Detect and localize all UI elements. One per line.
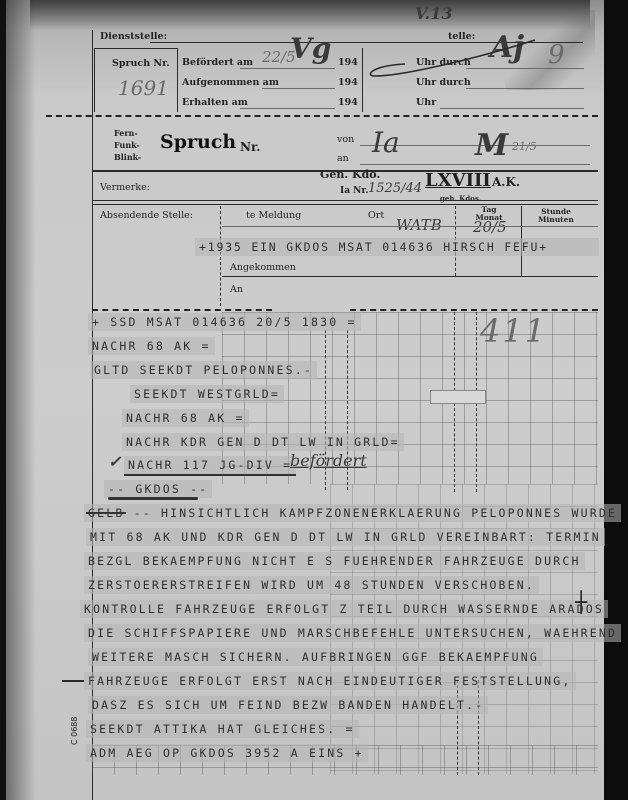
rule bbox=[262, 88, 335, 89]
telegram-line: GELB -- HINSICHTLICH KAMPFZONENERKLAERUN… bbox=[84, 504, 621, 522]
column-divider bbox=[478, 680, 479, 775]
ort-label: Ort bbox=[368, 210, 384, 221]
paraph-date: 21/5 bbox=[512, 140, 537, 153]
rule bbox=[240, 68, 335, 69]
dashed-separator bbox=[92, 309, 272, 311]
telegram-line: ADM AEG OP GKDOS 3952 A EINS + bbox=[86, 744, 368, 762]
rule bbox=[92, 204, 598, 205]
angekommen-label: Angekommen bbox=[230, 262, 296, 273]
stamp-geh: geh. Kdos. bbox=[440, 194, 481, 203]
fern-label: Fern- bbox=[114, 128, 138, 139]
page-shadow bbox=[6, 0, 36, 800]
signature-right: 9 bbox=[548, 40, 565, 70]
rule bbox=[222, 276, 598, 277]
telegram-line: ZERSTOERERSTREIFEN WIRD UM 48 STUNDEN VE… bbox=[84, 576, 539, 594]
rule bbox=[440, 108, 584, 109]
blink-label: Blink- bbox=[114, 152, 141, 162]
telegram-line: BEZGL BEKAEMPFUNG NICHT E S FUEHRENDER F… bbox=[84, 552, 585, 570]
dienststelle-label: Dienststelle: bbox=[100, 31, 167, 42]
telegram-line: GLTD SEEKDT PELOPONNES.- bbox=[90, 361, 317, 379]
check-mark-icon: ✓ bbox=[108, 452, 121, 471]
telegram-line: NACHR 68 AK = bbox=[122, 409, 249, 427]
telegram-line: DIE SCHIFFSPAPIERE UND MARSCHBEFEHLE UNT… bbox=[84, 624, 621, 642]
erhalten-label: Erhalten am bbox=[182, 97, 248, 108]
telegram-line: SEEKDT WESTGRLD= bbox=[130, 385, 284, 403]
spruch-title: Spruch bbox=[160, 131, 236, 153]
tag-monat-value: 20/5 bbox=[473, 218, 507, 236]
column-divider bbox=[220, 206, 221, 306]
stamp-ia-value: 1525/44 bbox=[368, 181, 422, 196]
year-erhalten: 194 bbox=[338, 97, 358, 108]
telegram-line: KONTROLLE FAHRZEUGE ERFOLGT Z TEIL DURCH… bbox=[80, 600, 608, 618]
pen-stroke bbox=[365, 36, 545, 84]
column-divider bbox=[457, 680, 458, 775]
an-value: Ia bbox=[372, 126, 400, 159]
telegram-line: + SSD MSAT 014636 20/5 1830 = bbox=[88, 313, 361, 331]
telegram-line: FAHRZEUGE ERFOLGT ERST NACH EINDEUTIGER … bbox=[84, 672, 576, 690]
rule bbox=[222, 226, 598, 227]
telegram-header-strip: +1935 EIN GKDOS MSAT 014636 HIRSCH FEFU+ bbox=[195, 238, 599, 256]
margin-number: 411 bbox=[480, 312, 547, 350]
stamp-gen-kdo: Gen. Kdo. bbox=[320, 168, 380, 181]
telegram-line: MIT 68 AK UND KDR GEN D DT LW IN GRLD VE… bbox=[86, 528, 605, 546]
an-label: an bbox=[337, 153, 349, 164]
befoerdert-label: Befördert am bbox=[182, 57, 253, 68]
absendende-stelle-label: Absendende Stelle: bbox=[100, 210, 193, 221]
vermerke-label: Vermerke: bbox=[100, 182, 150, 193]
paraph-signature: M bbox=[475, 128, 508, 163]
dashed-separator bbox=[46, 115, 598, 117]
telegram-line: WEITERE MASCH SICHERN. AUFBRINGEN GGF BE… bbox=[88, 648, 543, 666]
stunde-minuten-label: Stunde Minuten bbox=[530, 208, 582, 224]
an2-label: An bbox=[230, 284, 243, 295]
telegram-line: DASZ ES SICH UM FEIND BEZW BANDEN HANDEL… bbox=[88, 696, 488, 714]
pencil-underline bbox=[108, 497, 198, 500]
rule bbox=[240, 108, 335, 109]
margin-mark: ┼ bbox=[575, 590, 587, 614]
rule bbox=[360, 164, 590, 165]
margin-tick bbox=[62, 680, 84, 682]
von-label: von bbox=[337, 134, 354, 145]
rule bbox=[466, 88, 584, 89]
form-code: C 0688 bbox=[70, 717, 79, 746]
initials-signature: Vg bbox=[290, 32, 331, 65]
funk-label: Funk- bbox=[114, 140, 140, 150]
column-divider bbox=[362, 48, 363, 112]
spruch-nr-label: Spruch Nr. bbox=[112, 58, 170, 69]
telegram-line-underlined: NACHR 117 JG-DIV = bbox=[124, 456, 296, 476]
year-befoerdert: 194 bbox=[338, 57, 358, 68]
rule bbox=[92, 200, 598, 201]
nr-label: Nr. bbox=[240, 140, 260, 154]
aufgenommen-label: Aufgenommen am bbox=[182, 77, 279, 88]
stamp-ia-label: Ia Nr. bbox=[340, 186, 368, 196]
uhr-label: Uhr bbox=[416, 97, 436, 108]
ort-value: WATB bbox=[396, 216, 442, 234]
paper-patch bbox=[430, 390, 486, 404]
top-initials: V.13 bbox=[415, 4, 452, 23]
strikethrough bbox=[86, 512, 126, 514]
dashed-separator bbox=[350, 309, 598, 311]
stamp-corps: LXVIII bbox=[425, 170, 491, 191]
spruch-nr-value: 1691 bbox=[118, 76, 169, 100]
telegram-line: NACHR 68 AK = bbox=[88, 337, 215, 355]
stamp-corps-suffix: A.K. bbox=[492, 175, 520, 189]
telegram-line: NACHR KDR GEN D DT LW IN GRLD= bbox=[122, 433, 404, 451]
befoerdert-note: befördert bbox=[290, 451, 367, 470]
telegram-line: SEEKDT ATTIKA HAT GLEICHES. = bbox=[86, 720, 359, 738]
meldung-label: te Meldung bbox=[246, 210, 301, 221]
telegram-line: -- GKDOS -- bbox=[104, 480, 212, 498]
scan-border bbox=[604, 0, 628, 800]
year-aufgenommen: 194 bbox=[338, 77, 358, 88]
